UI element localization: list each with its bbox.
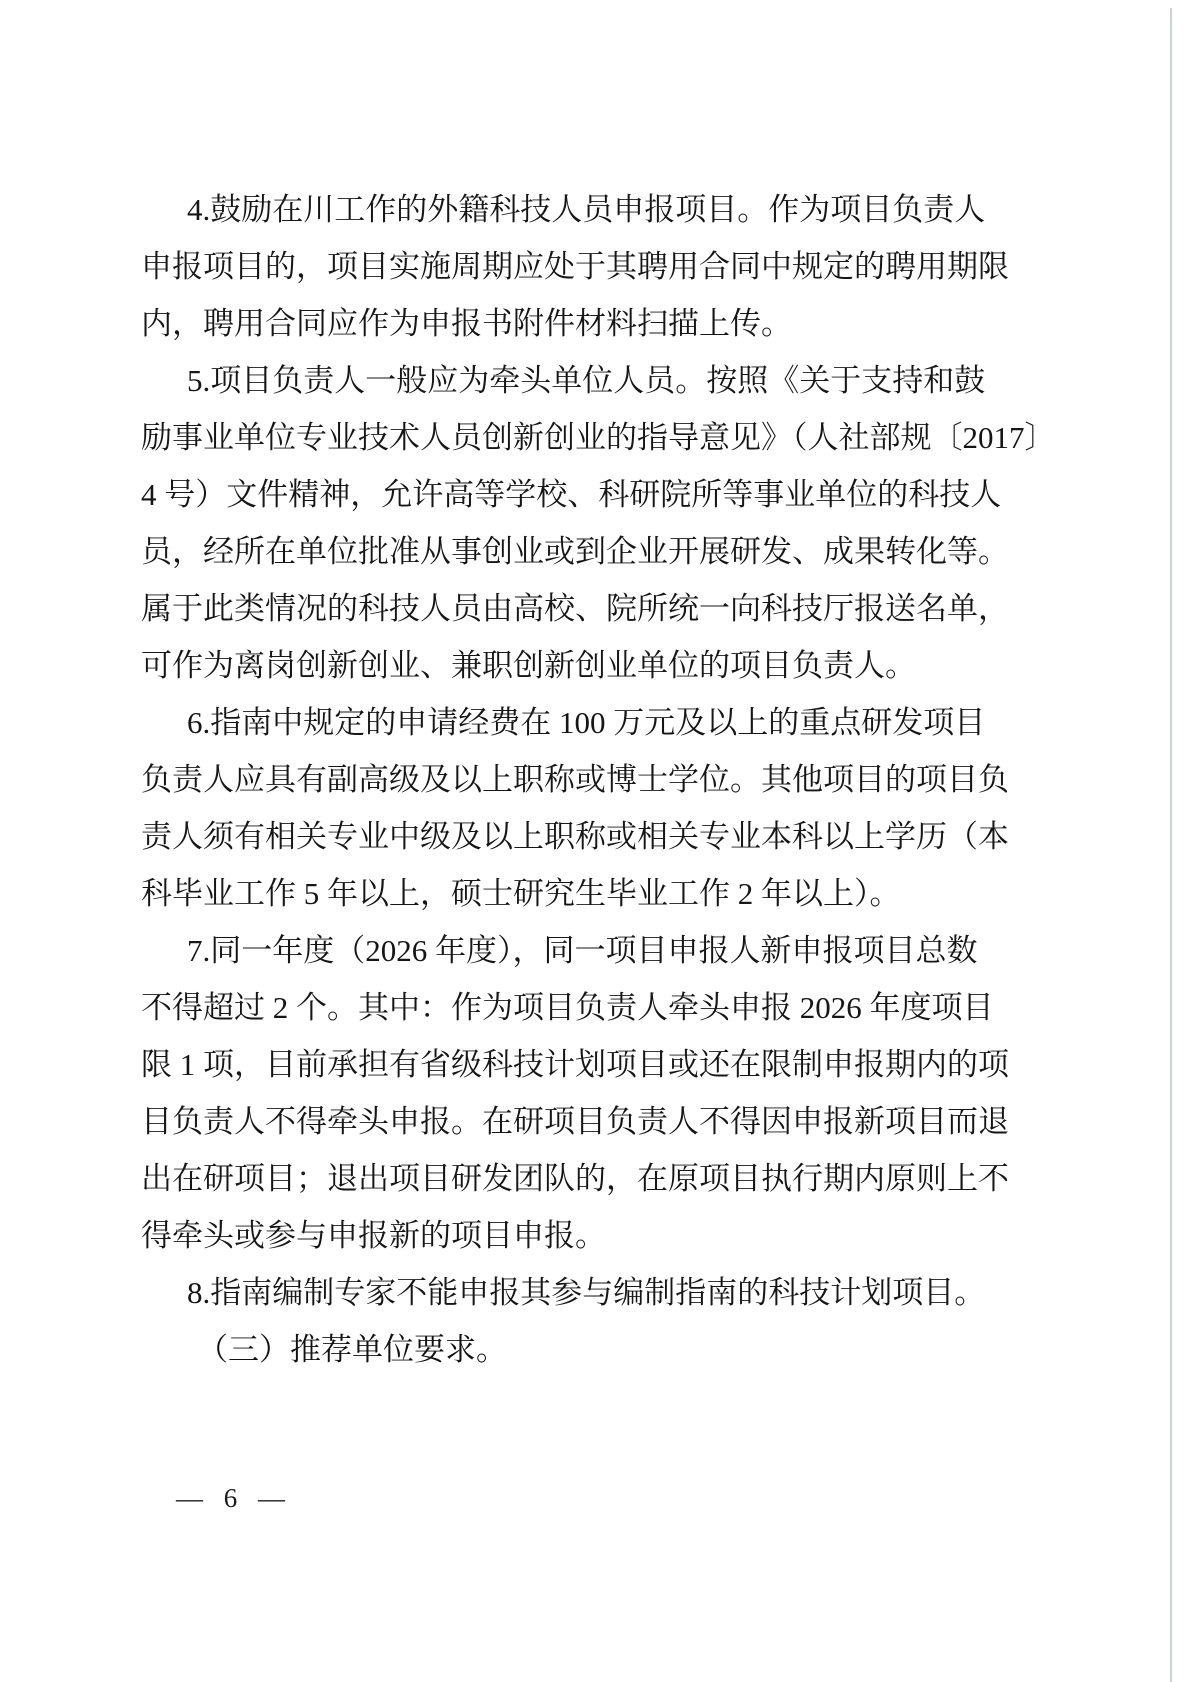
text-line: 限 1 项，目前承担有省级科技计划项目或还在限制申报期内的项 — [141, 1036, 1141, 1093]
text-line: 励事业单位专业技术人员创新创业的指导意见》（人社部规〔2017〕 — [141, 409, 1141, 466]
text-line: 5.项目负责人一般应为牵头单位人员。按照《关于支持和鼓 — [141, 352, 1141, 409]
paragraph-item-5: 5.项目负责人一般应为牵头单位人员。按照《关于支持和鼓 励事业单位专业技术人员创… — [141, 352, 1141, 694]
section-heading: （三）推荐单位要求。 — [141, 1321, 1141, 1378]
document-body: 4.鼓励在川工作的外籍科技人员申报项目。作为项目负责人 申报项目的，项目实施周期… — [141, 181, 1141, 1378]
text-line: 7.同一年度（2026 年度），同一项目申报人新申报项目总数 — [141, 922, 1141, 979]
paragraph-item-7: 7.同一年度（2026 年度），同一项目申报人新申报项目总数 不得超过 2 个。… — [141, 922, 1141, 1264]
paragraph-item-6: 6.指南中规定的申请经费在 100 万元及以上的重点研发项目 负责人应具有副高级… — [141, 694, 1141, 922]
scan-artifact-line — [1170, 8, 1172, 1682]
scanned-document-page: 4.鼓励在川工作的外籍科技人员申报项目。作为项目负责人 申报项目的，项目实施周期… — [0, 0, 1190, 1682]
paragraph-item-8: 8.指南编制专家不能申报其参与编制指南的科技计划项目。 — [141, 1264, 1141, 1321]
text-line: 员，经所在单位批准从事创业或到企业开展研发、成果转化等。 — [141, 523, 1141, 580]
text-line: 不得超过 2 个。其中：作为项目负责人牵头申报 2026 年度项目 — [141, 979, 1141, 1036]
text-line: 4.鼓励在川工作的外籍科技人员申报项目。作为项目负责人 — [141, 181, 1141, 238]
text-line: 申报项目的，项目实施周期应处于其聘用合同中规定的聘用期限 — [141, 238, 1141, 295]
text-line: 6.指南中规定的申请经费在 100 万元及以上的重点研发项目 — [141, 694, 1141, 751]
text-line: 目负责人不得牵头申报。在研项目负责人不得因申报新项目而退 — [141, 1093, 1141, 1150]
text-line: 出在研项目；退出项目研发团队的，在原项目执行期内原则上不 — [141, 1150, 1141, 1207]
paragraph-item-4: 4.鼓励在川工作的外籍科技人员申报项目。作为项目负责人 申报项目的，项目实施周期… — [141, 181, 1141, 352]
text-line: 负责人应具有副高级及以上职称或博士学位。其他项目的项目负 — [141, 751, 1141, 808]
text-line: 4 号）文件精神，允许高等学校、科研院所等事业单位的科技人 — [141, 466, 1141, 523]
text-line: 可作为离岗创新创业、兼职创新创业单位的项目负责人。 — [141, 637, 1141, 694]
text-line: 8.指南编制专家不能申报其参与编制指南的科技计划项目。 — [141, 1264, 1141, 1321]
page-number: — 6 — — [176, 1478, 286, 1518]
text-line: 属于此类情况的科技人员由高校、院所统一向科技厅报送名单， — [141, 580, 1141, 637]
text-line: 内，聘用合同应作为申报书附件材料扫描上传。 — [141, 295, 1141, 352]
text-line: 科毕业工作 5 年以上，硕士研究生毕业工作 2 年以上）。 — [141, 865, 1141, 922]
text-line: 得牵头或参与申报新的项目申报。 — [141, 1207, 1141, 1264]
text-line: 责人须有相关专业中级及以上职称或相关专业本科以上学历（本 — [141, 808, 1141, 865]
